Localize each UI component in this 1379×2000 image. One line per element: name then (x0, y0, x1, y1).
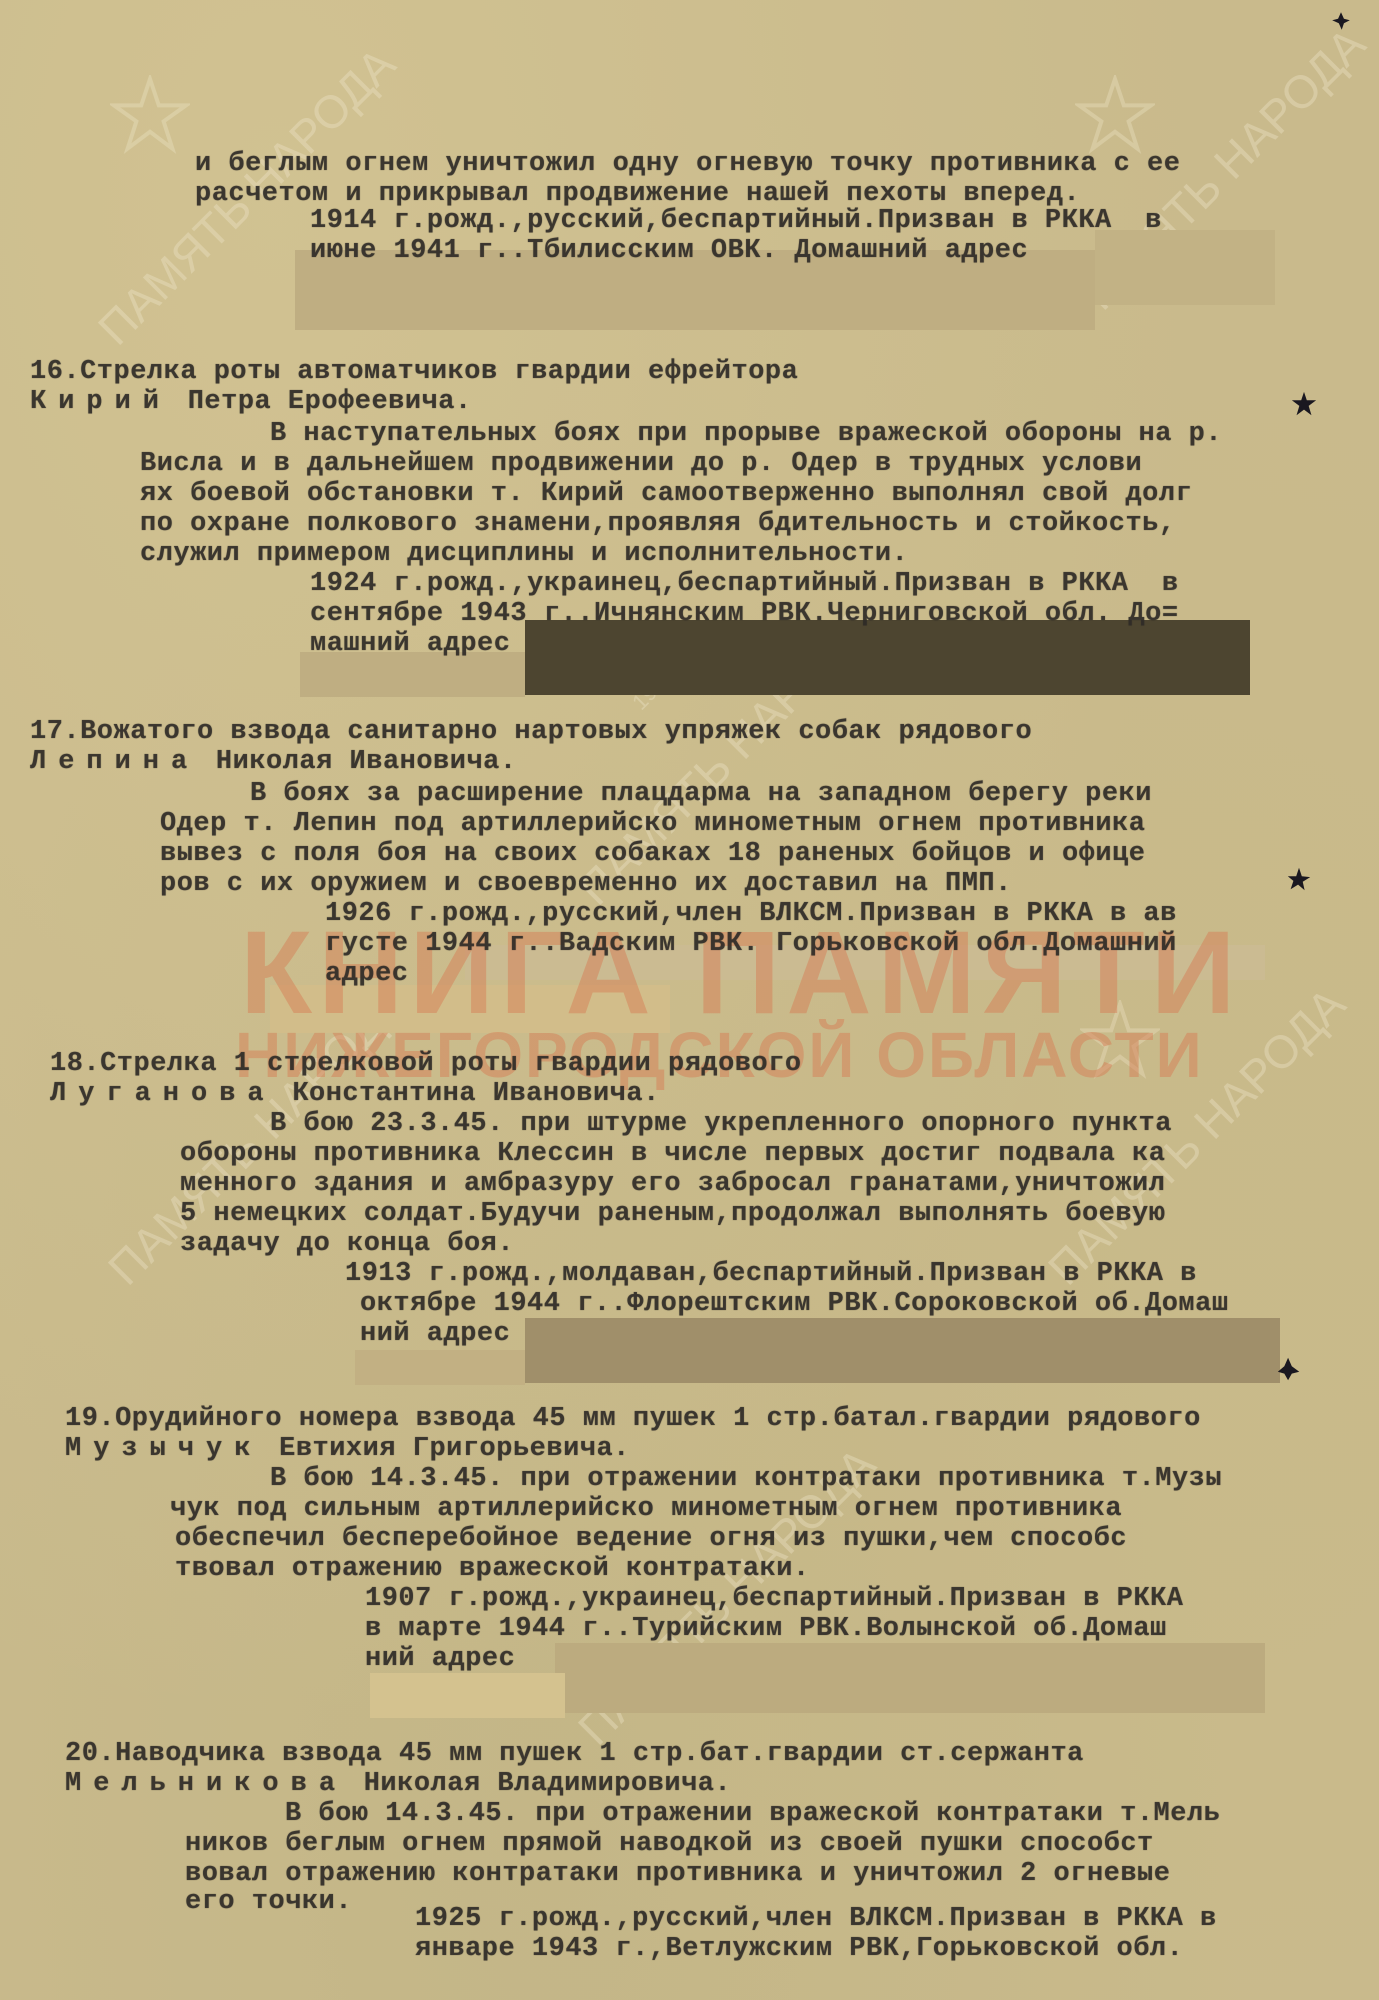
entry-18-name: Луганова Константина Ивановича. (50, 1080, 660, 1108)
entry-16-bio-line: сентябре 1943 г..Ичнянским РВК.Черниговс… (310, 600, 1179, 628)
entry-18-bio-line: ний адрес (360, 1320, 510, 1348)
entry-16-text-line: служил примером дисциплины и исполнитель… (140, 540, 908, 568)
entry-17-bio-line: густе 1944 г..Вадским РВК. Горьковской о… (325, 930, 1177, 958)
entry-18-text-line: 5 немецких солдат.Будучи раненым,продолж… (180, 1200, 1165, 1228)
entry-18-text-line: обороны противника Клессин в числе первы… (180, 1140, 1165, 1168)
redaction-block (1095, 230, 1275, 305)
entry-17-text-line: ров с их оружием и своевременно их доста… (160, 870, 1012, 898)
entry-17-heading: 17.Вожатого взвода санитарно нартовых уп… (30, 718, 1032, 746)
entry-18-text-line: менного здания и амбразуру его забросал … (180, 1170, 1165, 1198)
entry-18-text-line: задачу до конца боя. (180, 1230, 514, 1258)
entry-19-text-line: В бою 14.3.45. при отражении контратаки … (270, 1465, 1222, 1493)
entry-17-bio-line: адрес (325, 960, 409, 988)
entry-20-bio-line: январе 1943 г.,Ветлужским РВК,Горьковско… (415, 1935, 1183, 1963)
star-watermark-icon (1075, 75, 1155, 155)
entry-19-text-line: обеспечил бесперебойное ведение огня из … (175, 1525, 1127, 1553)
punch-hole-icon (1285, 865, 1313, 893)
entry-16-heading: 16.Стрелка роты автоматчиков гвардии ефр… (30, 358, 798, 386)
punch-hole-icon (1290, 390, 1318, 418)
entry-19-bio-line: 1907 г.рожд.,украинец,беспартийный.Призв… (365, 1585, 1183, 1613)
entry-17-name: Лепина Николая Ивановича. (30, 748, 517, 776)
punch-hole-icon (1275, 1355, 1303, 1383)
entry-20-name: Мельникова Николая Владимировича. (65, 1770, 731, 1798)
entry-17-text-line: Одер т. Лепин под артиллерийско минометн… (160, 810, 1145, 838)
entry-15-bio-line: 1914 г.рожд.,русский,беспартийный.Призва… (310, 207, 1162, 235)
entry-20-text-line: В бою 14.3.45. при отражении вражеской к… (285, 1800, 1220, 1828)
entry-19-heading: 19.Орудийного номера взвода 45 мм пушек … (65, 1405, 1201, 1433)
entry-16-name: Кирий Петра Ерофеевича. (30, 388, 472, 416)
entry-19-text-line: твовал отражению вражеской контратаки. (175, 1555, 810, 1583)
entry-20-heading: 20.Наводчика взвода 45 мм пушек 1 стр.ба… (65, 1740, 1084, 1768)
star-watermark-icon (110, 75, 190, 155)
entry-18-text-line: В бою 23.3.45. при штурме укрепленного о… (270, 1110, 1172, 1138)
entry-19-bio-line: в марте 1944 г..Турийским РВК.Волынской … (365, 1615, 1167, 1643)
entry-16-bio-line: 1924 г.рожд.,украинец,беспартийный.Призв… (310, 570, 1179, 598)
entry-17-text-line: вывез с поля боя на своих собаках 18 ран… (160, 840, 1145, 868)
entry-16-text-line: Висла и в дальнейшем продвижении до р. О… (140, 450, 1142, 478)
entry-15-bio-line: июне 1941 г..Тбилисским ОВК. Домашний ад… (310, 237, 1028, 265)
redaction-block (355, 1350, 525, 1385)
entry-18-bio-line: октябре 1944 г..Флорештским РВК.Сороковс… (360, 1290, 1229, 1318)
redaction-block (555, 1643, 1265, 1713)
entry-20-text-line: вовал отражению контратаки противника и … (185, 1860, 1170, 1888)
entry-16-text-line: В наступательных боях при прорыве вражес… (270, 420, 1222, 448)
entry-19-bio-line: ний адрес (365, 1645, 515, 1673)
entry-18-heading: 18.Стрелка 1 стрелковой роты гвардии ряд… (50, 1050, 802, 1078)
redaction-block (525, 1318, 1280, 1383)
entry-15-text-line: расчетом и прикрывал продвижение нашей п… (195, 180, 1080, 208)
entry-20-bio-line: 1925 г.рожд.,русский,член ВЛКСМ.Призван … (415, 1905, 1217, 1933)
entry-19-text-line: чук под сильным артиллерийско минометным… (170, 1495, 1122, 1523)
entry-17-bio-line: 1926 г.рожд.,русский,член ВЛКСМ.Призван … (325, 900, 1177, 928)
redaction-block (525, 620, 1250, 695)
entry-16-bio-line: машний адрес (310, 630, 510, 658)
entry-16-text-line: по охране полкового знамени,проявляя бди… (140, 510, 1176, 538)
entry-18-bio-line: 1913 г.рожд.,молдаван,беспартийный.Призв… (345, 1260, 1197, 1288)
entry-20-text-line: ников беглым огнем прямой наводкой из св… (185, 1830, 1154, 1858)
entry-15-text-line: и беглым огнем уничтожил одну огневую то… (195, 150, 1180, 178)
entry-16-text-line: ях боевой обстановки т. Кирий самоотверж… (140, 480, 1192, 508)
entry-17-text-line: В боях за расширение плацдарма на западн… (250, 780, 1152, 808)
punch-hole-icon (1330, 10, 1352, 32)
entry-20-text-line: его точки. (185, 1888, 352, 1916)
redaction-block (370, 1673, 565, 1718)
entry-19-name: Музычук Евтихия Григорьевича. (65, 1435, 630, 1463)
